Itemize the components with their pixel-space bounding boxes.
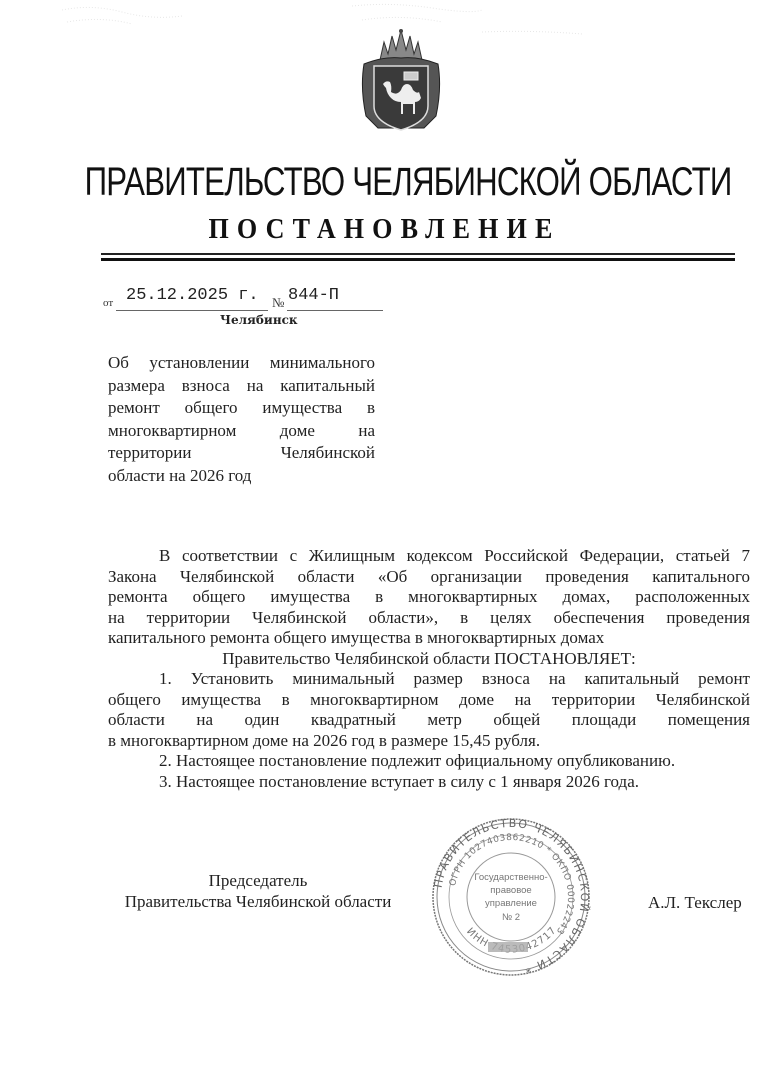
preamble-line: на территории Челябинской области», в це… [108, 608, 750, 629]
item1-line: общего имущества в многоквартирном доме … [108, 690, 750, 711]
preamble-line: ремонта общего имущества в многоквартирн… [108, 587, 750, 608]
item3-line: 3. Настоящее постановление вступает в си… [108, 772, 750, 793]
subject-line: области на 2026 год [108, 465, 375, 488]
header-rule-thick [101, 258, 735, 261]
item2-line: 2. Настоящее постановление подлежит офиц… [108, 751, 750, 772]
item1-line: области на один квадратный метр общей пл… [108, 710, 750, 731]
date-label: от [103, 297, 113, 309]
subject-line: территории Челябинской [108, 442, 375, 465]
coat-of-arms-emblem [358, 28, 444, 134]
preamble-line: капитального ремонта общего имущества в … [108, 628, 750, 649]
date-number-row: от 25.12.2025 г. № 844-П Челябинск [100, 285, 400, 315]
stamp-center-line: Государственно- [474, 872, 547, 883]
stamp-center-line: правовое [490, 885, 531, 896]
position-line: Правительства Челябинской области [108, 891, 408, 912]
resolves-line: Правительство Челябинской области ПОСТАН… [108, 649, 750, 670]
document-body: В соответствии с Жилищным кодексом Росси… [108, 546, 750, 792]
document-subject: Об установлении минимального размера взн… [108, 352, 375, 488]
stamp-center-line: управление [485, 898, 537, 909]
number-underline [287, 310, 383, 311]
signatory-name: А.Л. Текслер [648, 893, 742, 913]
subject-line: ремонт общего имущества в [108, 397, 375, 420]
authority-title: ПРАВИТЕЛЬСТВО ЧЕЛЯБИНСКОЙ ОБЛАСТИ [85, 160, 685, 205]
stamp-center-line: № 2 [502, 912, 520, 923]
document-date: 25.12.2025 г. [126, 286, 259, 305]
official-stamp: ПРАВИТЕЛЬСТВО ЧЕЛЯБИНСКОЙ ОБЛАСТИ * ОГРН… [428, 818, 594, 976]
item1-line: в многоквартирном доме на 2026 год в раз… [108, 731, 750, 752]
subject-line: размера взноса на капитальный [108, 375, 375, 398]
subject-line: Об установлении минимального [108, 352, 375, 375]
position-line: Председатель [108, 870, 408, 891]
signatory-position: Председатель Правительства Челябинской о… [108, 870, 408, 912]
header-rule-thin [101, 253, 735, 255]
stamp-signature-mark [488, 942, 528, 952]
preamble-line: В соответствии с Жилищным кодексом Росси… [108, 546, 750, 567]
subject-line: многоквартирном доме на [108, 420, 375, 443]
number-label: № [272, 295, 284, 311]
document-number: 844-П [288, 286, 339, 305]
city: Челябинск [220, 313, 298, 327]
preamble-line: Закона Челябинской области «Об организац… [108, 567, 750, 588]
date-underline [116, 310, 268, 311]
item1-line: 1. Установить минимальный размер взноса … [108, 669, 750, 690]
document-type: ПОСТАНОВЛЕНИЕ [38, 213, 730, 246]
